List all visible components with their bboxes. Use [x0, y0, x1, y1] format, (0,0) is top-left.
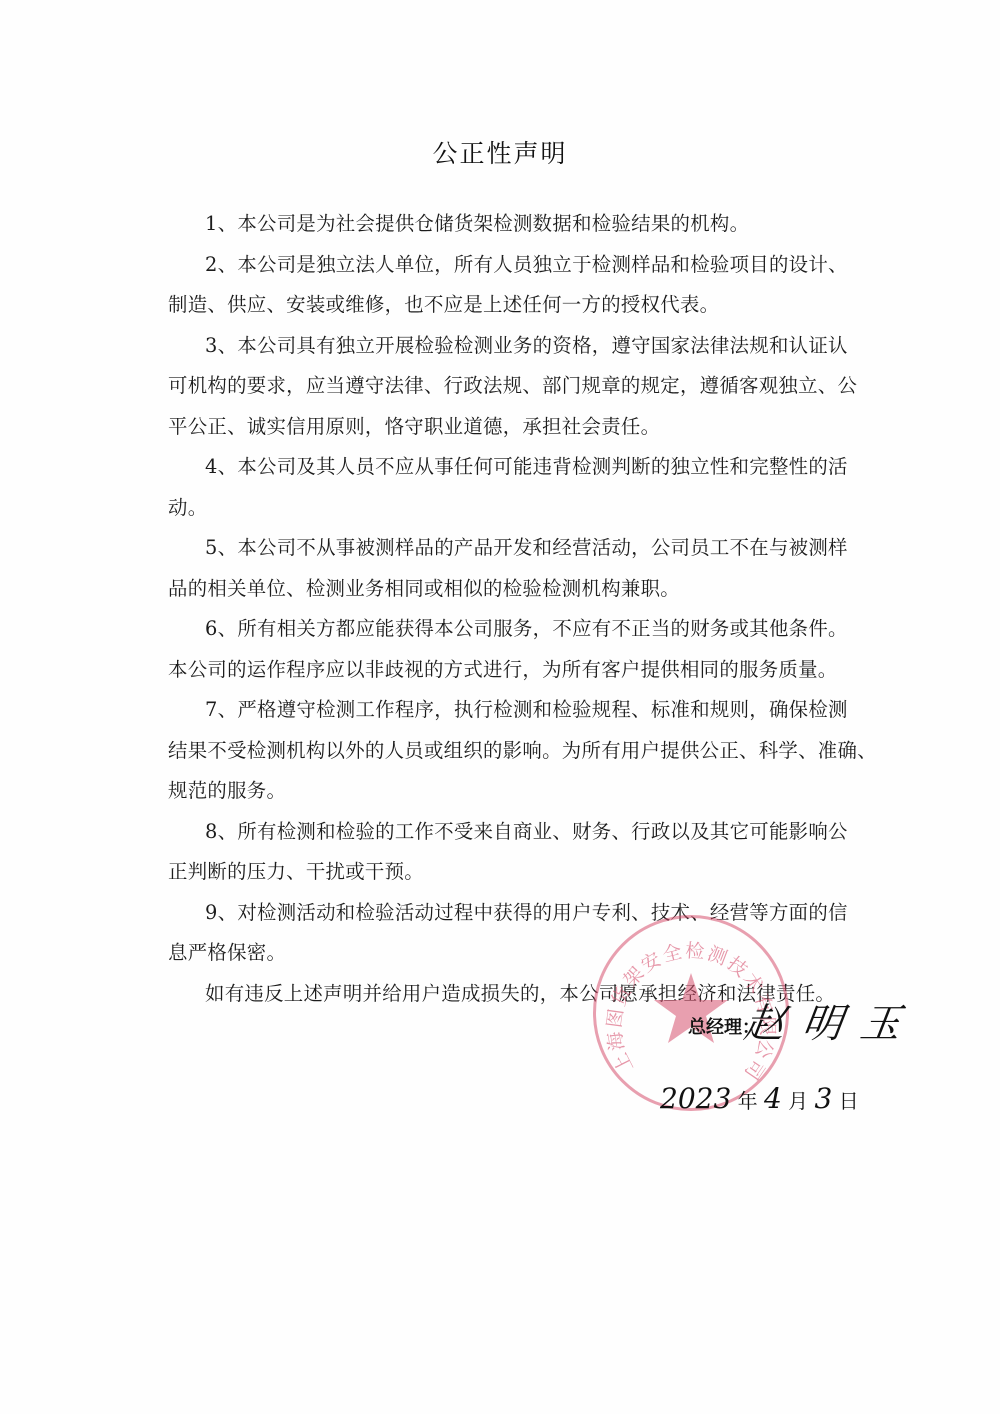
date-year: 2023 [660, 1082, 731, 1115]
date-day-unit: 日 [839, 1089, 859, 1113]
clause-line: 本公司的运作程序应以非歧视的方式进行，为所有客户提供相同的服务质量。 [168, 650, 848, 691]
clause-line: 2、本公司是独立法人单位，所有人员独立于检测样品和检验项目的设计、 [168, 245, 848, 286]
page-title: 公正性声明 [0, 134, 1000, 170]
clause-3: 3、本公司具有独立开展检验检测业务的资格，遵守国家法律法规和认证认 可机构的要求… [168, 326, 848, 448]
clause-line: 3、本公司具有独立开展检验检测业务的资格，遵守国家法律法规和认证认 [168, 326, 848, 367]
handwritten-signature: 赵明玉 [741, 992, 923, 1049]
clause-2: 2、本公司是独立法人单位，所有人员独立于检测样品和检验项目的设计、 制造、供应、… [168, 245, 848, 326]
clause-8: 8、所有检测和检验的工作不受来自商业、财务、行政以及其它可能影响公 正判断的压力… [168, 812, 848, 893]
clause-9: 9、对检测活动和检验活动过程中获得的用户专利、技术、经营等方面的信 息严格保密。 [168, 893, 848, 974]
clause-line: 结果不受检测机构以外的人员或组织的影响。为所有用户提供公正、科学、准确、 [168, 731, 848, 772]
clause-line: 可机构的要求，应当遵守法律、行政法规、部门规章的规定，遵循客观独立、公 [168, 366, 848, 407]
clause-line: 制造、供应、安装或维修，也不应是上述任何一方的授权代表。 [168, 285, 848, 326]
clause-line: 6、所有相关方都应能获得本公司服务，不应有不正当的财务或其他条件。 [168, 609, 848, 650]
clause-7: 7、严格遵守检测工作程序，执行检测和检验规程、标准和规则，确保检测 结果不受检测… [168, 690, 848, 812]
date-month-unit: 月 [788, 1089, 808, 1113]
clause-line: 4、本公司及其人员不应从事任何可能违背检测判断的独立性和完整性的活 [168, 447, 848, 488]
clause-line: 规范的服务。 [168, 771, 848, 812]
clause-1: 1、本公司是为社会提供仓储货架检测数据和检验结果的机构。 [168, 204, 848, 245]
clause-line: 5、本公司不从事被测样品的产品开发和经营活动，公司员工不在与被测样 [168, 528, 848, 569]
clause-5: 5、本公司不从事被测样品的产品开发和经营活动，公司员工不在与被测样 品的相关单位… [168, 528, 848, 609]
date-year-unit: 年 [738, 1089, 758, 1113]
document-page: 公正性声明 1、本公司是为社会提供仓储货架检测数据和检验结果的机构。 2、本公司… [0, 0, 1000, 1414]
date-day: 3 [815, 1082, 833, 1115]
clause-line: 7、严格遵守检测工作程序，执行检测和检验规程、标准和规则，确保检测 [168, 690, 848, 731]
clause-line: 动。 [168, 488, 848, 529]
clause-line: 正判断的压力、干扰或干预。 [168, 852, 848, 893]
statement-body: 1、本公司是为社会提供仓储货架检测数据和检验结果的机构。 2、本公司是独立法人单… [168, 204, 848, 1014]
clause-line: 9、对检测活动和检验活动过程中获得的用户专利、技术、经营等方面的信 [168, 893, 848, 934]
clause-line: 品的相关单位、检测业务相同或相似的检验检测机构兼职。 [168, 569, 848, 610]
clause-line: 息严格保密。 [168, 933, 848, 974]
clause-4: 4、本公司及其人员不应从事任何可能违背检测判断的独立性和完整性的活 动。 [168, 447, 848, 528]
clause-line: 1、本公司是为社会提供仓储货架检测数据和检验结果的机构。 [168, 204, 848, 245]
clause-line: 平公正、诚实信用原则，恪守职业道德，承担社会责任。 [168, 407, 848, 448]
signing-date: 2023 年 4 月 3 日 [660, 1082, 859, 1115]
clause-6: 6、所有相关方都应能获得本公司服务，不应有不正当的财务或其他条件。 本公司的运作… [168, 609, 848, 690]
clause-line: 8、所有检测和检验的工作不受来自商业、财务、行政以及其它可能影响公 [168, 812, 848, 853]
date-month: 4 [764, 1082, 782, 1115]
